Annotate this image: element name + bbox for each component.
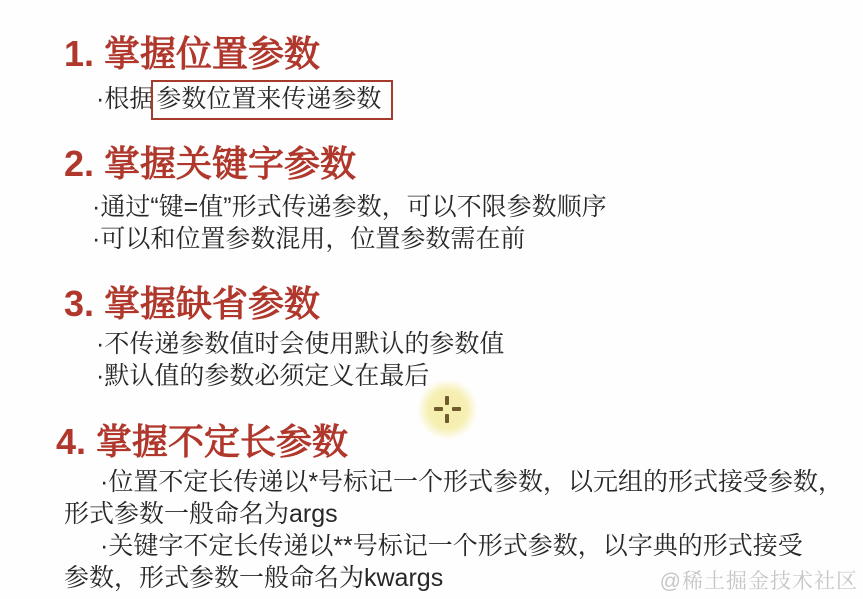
crosshair-icon	[445, 396, 449, 405]
crosshair-icon	[434, 407, 443, 411]
section-4-heading: 4. 掌握不定长参数	[56, 424, 843, 460]
section-default-params: 3. 掌握缺省参数 ·不传递参数值时会使用默认的参数值 ·默认值的参数必须定义在…	[64, 286, 504, 392]
section-4-bullet-2-line-1: ·关键字不定长传递以**号标记一个形式参数，以字典的形式接受	[64, 530, 843, 562]
section-keyword-params: 2. 掌握关键字参数 ·通过“键=值”形式传递参数，可以不限参数顺序 ·可以和位…	[64, 146, 607, 255]
section-4-bullet-1-line-2: 形式参数一般命名为args	[64, 498, 843, 530]
section-2-bullet-1: ·通过“键=值”形式传递参数，可以不限参数顺序	[92, 191, 607, 223]
annotation-box: 参数位置来传递参数	[151, 80, 393, 120]
section-2-bullets: ·通过“键=值”形式传递参数，可以不限参数顺序 ·可以和位置参数混用，位置参数需…	[92, 191, 607, 255]
section-4-bullet-1-line-1: ·位置不定长传递以*号标记一个形式参数，以元组的形式接受参数，	[64, 466, 843, 498]
section-positional-params: 1. 掌握位置参数 ·根据参数位置来传递参数	[64, 36, 393, 120]
section-1-heading: 1. 掌握位置参数	[64, 36, 393, 72]
section-3-heading: 3. 掌握缺省参数	[64, 286, 504, 322]
watermark: @稀土掘金技术社区	[660, 565, 858, 595]
section-3-bullet-2: ·默认值的参数必须定义在最后	[96, 360, 504, 392]
section-3-bullets: ·不传递参数值时会使用默认的参数值 ·默认值的参数必须定义在最后	[96, 328, 504, 392]
slide-page: 1. 掌握位置参数 ·根据参数位置来传递参数 2. 掌握关键字参数 ·通过“键=…	[0, 0, 863, 599]
crosshair-icon	[445, 414, 449, 423]
crosshair-icon	[452, 407, 461, 411]
section-2-heading: 2. 掌握关键字参数	[64, 146, 607, 182]
section-1-bullet: ·根据参数位置来传递参数	[96, 80, 393, 120]
section-3-bullet-1: ·不传递参数值时会使用默认的参数值	[96, 328, 504, 360]
section-1-bullet-prefix: ·根据	[96, 85, 154, 113]
section-2-bullet-2: ·可以和位置参数混用，位置参数需在前	[92, 223, 607, 255]
